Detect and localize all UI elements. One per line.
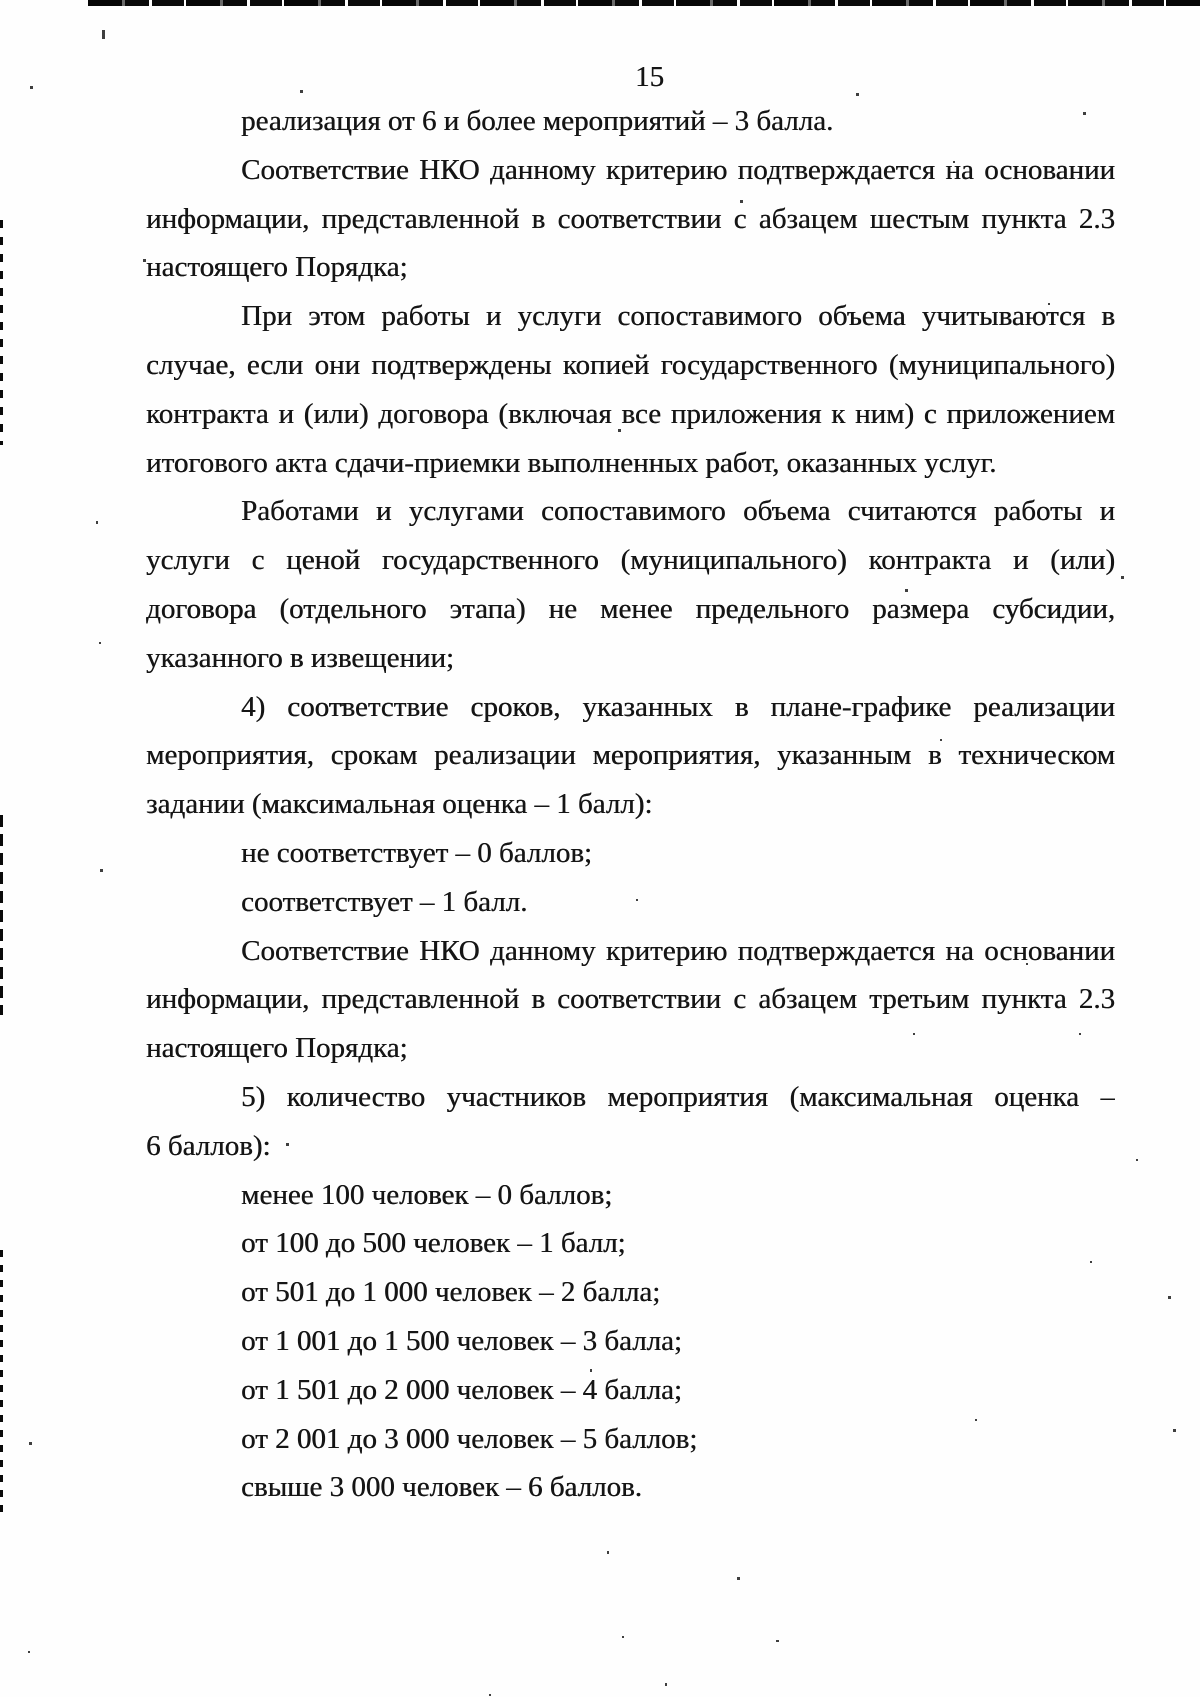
scan-speck <box>1136 1159 1138 1161</box>
text-line: услуги с ценой государственного (муницип… <box>146 536 1115 585</box>
scan-speck <box>618 429 621 432</box>
scan-speck <box>1083 112 1086 115</box>
scan-speck <box>300 90 303 93</box>
text-line: от 2 001 до 3 000 человек – 5 баллов; <box>146 1415 1115 1464</box>
scan-speck <box>737 1577 740 1580</box>
scan-artifact-left-edge <box>0 815 3 1015</box>
scan-speck <box>1121 576 1124 579</box>
text-line: информации, представленной в соответстви… <box>146 975 1115 1024</box>
scan-speck <box>99 642 101 644</box>
text-line: случае, если они подтверждены копией гос… <box>146 341 1115 390</box>
scan-speck <box>100 869 103 872</box>
text-line: указанного в извещении; <box>146 634 1115 683</box>
scan-speck <box>341 703 344 706</box>
text-line: реализация от 6 и более мероприятий – 3 … <box>146 97 1115 146</box>
scan-speck <box>607 1551 609 1554</box>
scan-speck <box>740 200 743 203</box>
scan-speck <box>1173 1429 1176 1432</box>
text-line: задании (максимальная оценка – 1 балл): <box>146 780 1115 829</box>
scan-speck <box>1048 303 1050 305</box>
scan-speck <box>665 1683 667 1686</box>
scan-speck <box>102 30 105 39</box>
scan-artifact-left-edge <box>0 220 3 445</box>
text-line: информации, представленной в соответстви… <box>146 195 1115 244</box>
scan-speck <box>776 1640 779 1642</box>
text-line: Соответствие НКО данному критерию подтве… <box>146 146 1115 195</box>
text-line: договора (отдельного этапа) не менее пре… <box>146 585 1115 634</box>
text-line: от 501 до 1 000 человек – 2 балла; <box>146 1268 1115 1317</box>
text-line: настоящего Порядка; <box>146 1024 1115 1073</box>
text-line: 6 баллов): <box>146 1122 1115 1171</box>
scan-speck <box>622 1636 624 1638</box>
text-line: контракта и (или) договора (включая все … <box>146 390 1115 439</box>
text-line: не соответствует – 0 баллов; <box>146 829 1115 878</box>
scan-speck <box>143 259 146 262</box>
scan-speck <box>975 1419 977 1421</box>
scan-speck <box>590 1369 592 1372</box>
text-line: Соответствие НКО данному критерию подтве… <box>146 927 1115 976</box>
scan-speck <box>29 1442 32 1445</box>
text-line: от 1 501 до 2 000 человек – 4 балла; <box>146 1366 1115 1415</box>
text-line: мероприятия, срокам реализации мероприят… <box>146 731 1115 780</box>
text-line: от 1 001 до 1 500 человек – 3 балла; <box>146 1317 1115 1366</box>
scan-speck <box>905 589 908 592</box>
text-line: менее 100 человек – 0 баллов; <box>146 1171 1115 1220</box>
scan-speck <box>913 1033 915 1035</box>
text-line: итогового акта сдачи-приемки выполненных… <box>146 439 1115 488</box>
text-line: соответствует – 1 балл. <box>146 878 1115 927</box>
page-number: 15 <box>146 56 1115 98</box>
text-line: 4) соответствие сроков, указанных в план… <box>146 683 1115 732</box>
scan-speck <box>1026 963 1028 965</box>
text-line: настоящего Порядка; <box>146 243 1115 292</box>
text-line: от 100 до 500 человек – 1 балл; <box>146 1219 1115 1268</box>
scan-speck <box>940 739 942 741</box>
scan-speck <box>636 899 638 901</box>
text-line: 5) количество участников мероприятия (ма… <box>146 1073 1115 1122</box>
scan-speck <box>856 93 859 96</box>
scan-speck <box>1168 1296 1171 1299</box>
text-line: свыше 3 000 человек – 6 баллов. <box>146 1463 1115 1512</box>
scan-speck <box>286 1143 289 1146</box>
document-page: 15 реализация от 6 и более мероприятий –… <box>0 0 1200 1697</box>
document-body: реализация от 6 и более мероприятий – 3 … <box>146 97 1115 1512</box>
scan-artifact-left-edge <box>0 1250 3 1515</box>
scan-speck <box>1079 1033 1081 1035</box>
scan-speck <box>1090 1261 1092 1263</box>
text-line: При этом работы и услуги сопоставимого о… <box>146 292 1115 341</box>
scan-speck <box>953 161 955 163</box>
scan-speck <box>489 1694 491 1696</box>
text-line: Работами и услугами сопоставимого объема… <box>146 487 1115 536</box>
scan-speck <box>30 86 33 89</box>
scan-speck <box>96 521 98 524</box>
scan-artifact-top-edge <box>88 0 1200 6</box>
scan-speck <box>28 1651 30 1653</box>
